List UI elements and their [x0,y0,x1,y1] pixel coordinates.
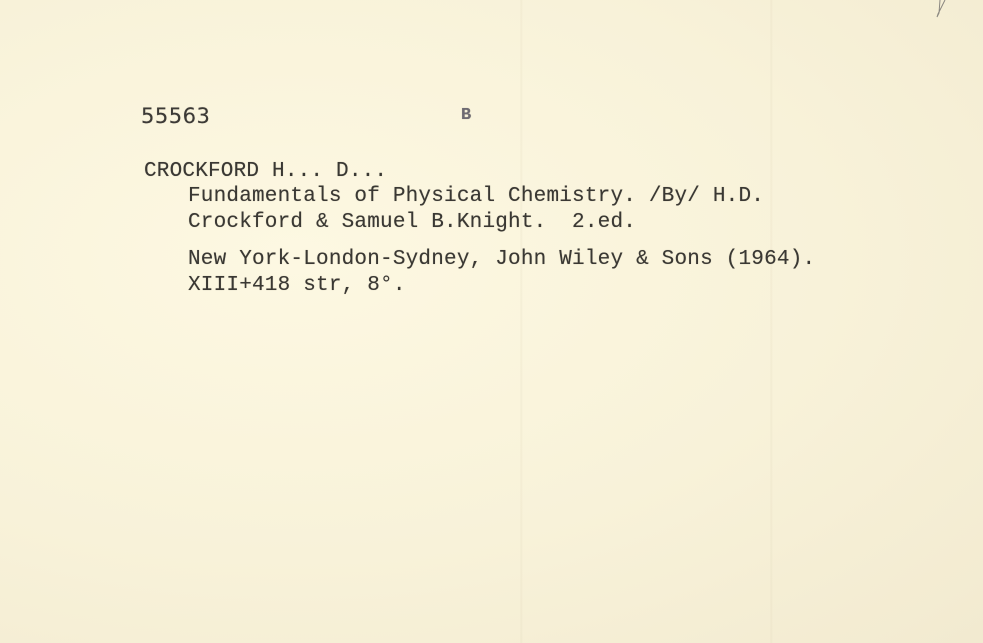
authors-edition: Crockford & Samuel B.Knight. 2.ed. [188,211,636,235]
pencil-check-mark-icon [936,0,946,18]
accession-number: 55563 [141,104,210,128]
author-heading: CROCKFORD H... D... [144,160,387,184]
catalog-card: 55563 B CROCKFORD H... D... Fundamentals… [0,0,983,643]
title-statement: Fundamentals of Physical Chemistry. /By/… [188,185,764,209]
imprint: New York-London-Sydney, John Wiley & Son… [188,248,815,272]
collation: XIII+418 str, 8°. [188,274,406,298]
shelf-mark: B [461,104,471,128]
